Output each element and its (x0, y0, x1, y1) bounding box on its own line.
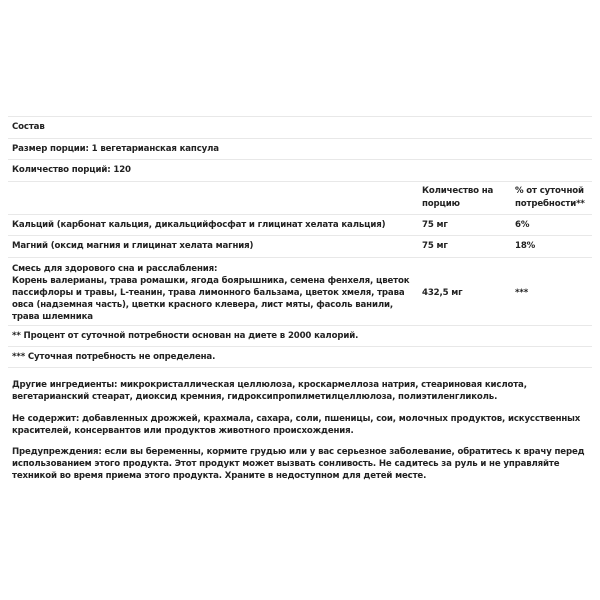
table-row: Смесь для здорового сна и расслабления: … (8, 257, 592, 325)
column-header-daily-value: % от суточной потребности** (515, 185, 588, 209)
blend-title: Смесь для здорового сна и расслабления: (12, 264, 217, 274)
does-not-contain: Не содержит: добавленных дрожжей, крахма… (12, 413, 592, 437)
supplement-facts-table: Состав Размер порции: 1 вегетарианская к… (8, 116, 592, 368)
footnote-not-established: *** Суточная потребность не определена. (12, 351, 215, 363)
warnings: Предупреждения: если вы беременны, корми… (12, 446, 592, 483)
ingredient-amount: 432,5 мг (422, 287, 515, 299)
column-header-amount: Количество на порцию (422, 185, 515, 209)
ingredient-daily-value: 6% (515, 219, 588, 231)
ingredient-name: Магний (оксид магния и глицинат хелата м… (12, 240, 422, 252)
blend-ingredients: Корень валерианы, трава ромашки, ягода б… (12, 276, 409, 323)
servings-count: Количество порций: 120 (12, 164, 131, 176)
ingredient-name: Кальций (карбонат кальция, дикальцийфосф… (12, 219, 422, 231)
blend-cell: Смесь для здорового сна и расслабления: … (12, 263, 422, 324)
table-title-row: Состав (8, 116, 592, 138)
ingredient-amount: 75 мг (422, 240, 515, 252)
table-header-row: Количество на порцию % от суточной потре… (8, 181, 592, 214)
ingredient-amount: 75 мг (422, 219, 515, 231)
other-ingredients: Другие ингредиенты: микрокристаллическая… (12, 379, 592, 403)
table-title: Состав (12, 121, 45, 133)
footnote-row: *** Суточная потребность не определена. (8, 346, 592, 368)
servings-count-row: Количество порций: 120 (8, 159, 592, 181)
footnote-row: ** Процент от суточной потребности основ… (8, 325, 592, 347)
table-row: Кальций (карбонат кальция, дикальцийфосф… (8, 214, 592, 236)
serving-size-row: Размер порции: 1 вегетарианская капсула (8, 138, 592, 160)
serving-size: Размер порции: 1 вегетарианская капсула (12, 143, 219, 155)
ingredient-daily-value: 18% (515, 240, 588, 252)
footnote-daily-value: ** Процент от суточной потребности основ… (12, 330, 358, 342)
ingredient-daily-value: *** (515, 287, 588, 299)
table-row: Магний (оксид магния и глицинат хелата м… (8, 235, 592, 257)
